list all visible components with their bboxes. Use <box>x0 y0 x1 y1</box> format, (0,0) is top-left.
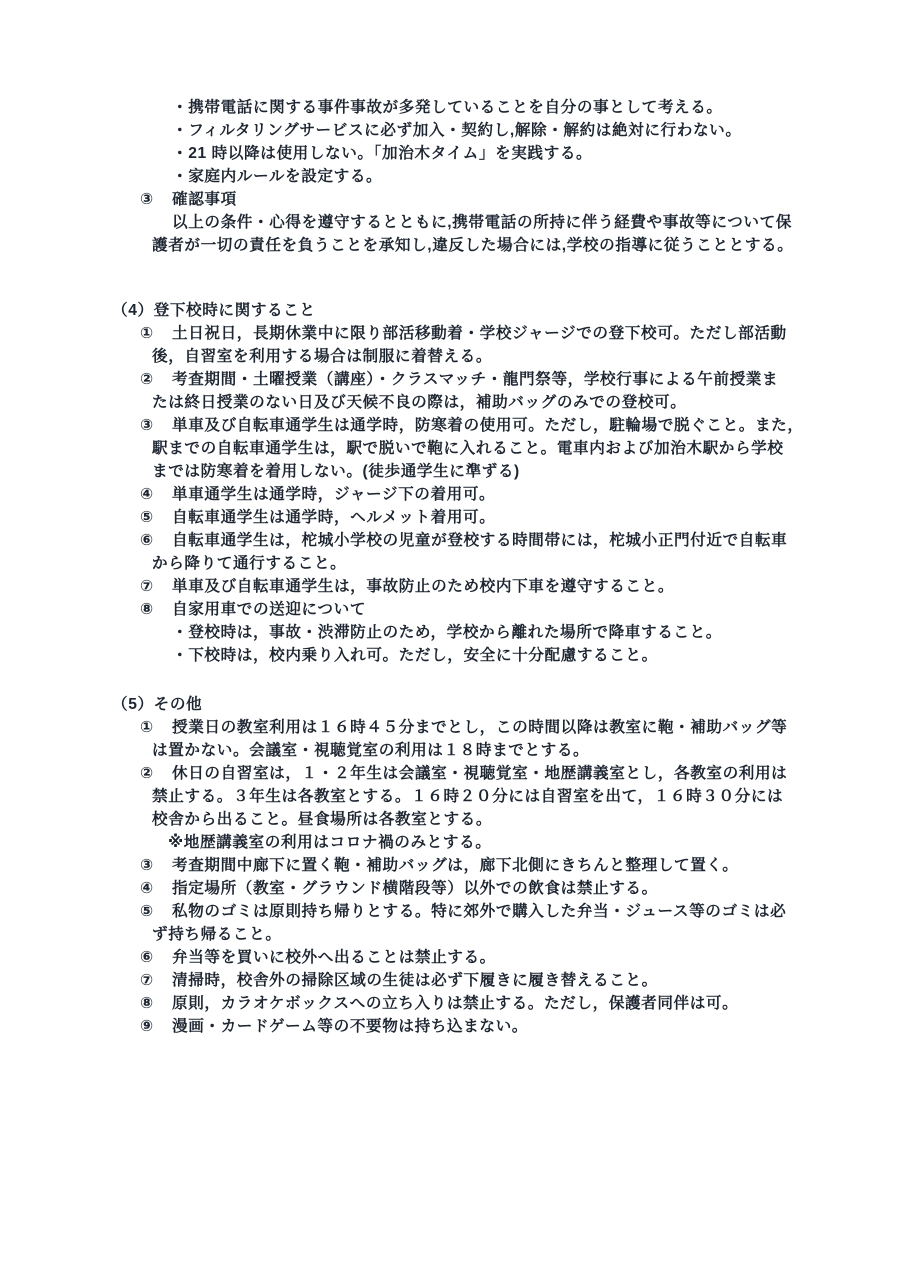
rule-bullet: ・21 時以降は使用しない。「加治木タイム」を実践する。 <box>0 142 908 165</box>
item-text: 土日祝日，長期休業中に限り部活移動着・学校ジャージでの登下校可。ただし部活動 <box>172 325 787 342</box>
item-marker: ③ <box>140 414 172 437</box>
item-marker: ⑤ <box>140 900 172 923</box>
item-continuation: ず持ち帰ること。 <box>0 923 908 946</box>
numbered-item: ①土日祝日，長期休業中に限り部活移動着・学校ジャージでの登下校可。ただし部活動 <box>0 322 908 345</box>
item-text: 単車通学生は通学時，ジャージ下の着用可。 <box>172 486 495 503</box>
item-text: 自転車通学生は，柁城小学校の児童が登校する時間帯には，柁城小正門付近で自転車 <box>172 532 787 549</box>
numbered-item: ④指定場所（教室・グラウンド横階段等）以外での飲食は禁止する。 <box>0 877 908 900</box>
item-marker: ② <box>140 368 172 391</box>
item-continuation: は置かない。会議室・視聴覚室の利用は１８時までとする。 <box>0 739 908 762</box>
numbered-item: ⑤自転車通学生は通学時，ヘルメット着用可。 <box>0 506 908 529</box>
item-text: 漫画・カードゲーム等の不要物は持ち込まない。 <box>172 1018 528 1035</box>
item-continuation: 校舎から出ること。昼食場所は各教室とする。 <box>0 808 908 831</box>
item-body-line: 以上の条件・心得を遵守するとともに,携帯電話の所持に伴う経費や事故等について保 <box>0 211 908 234</box>
item-text: 弁当等を買いに校外へ出ることは禁止する。 <box>172 949 496 966</box>
item-marker: ② <box>140 762 172 785</box>
item-text: 私物のゴミは原則持ち帰りとする。特に郊外で購入した弁当・ジュース等のゴミは必 <box>172 903 786 920</box>
item-continuation: から降りて通行すること。 <box>0 552 908 575</box>
item-text: 単車及び自転車通学生は，事故防止のため校内下車を遵守すること。 <box>172 578 674 595</box>
item-marker: ③ <box>140 854 172 877</box>
item-text: 単車及び自転車通学生は通学時，防寒着の使用可。ただし，駐輪場で脱ぐこと。また， <box>172 417 804 434</box>
item-marker: ⑧ <box>140 598 172 621</box>
item-text: 原則，カラオケボックスへの立ち入りは禁止する。ただし，保護者同伴は可。 <box>172 995 738 1012</box>
item-text: 考査期間中廊下に置く鞄・補助バッグは，廊下北側にきちんと整理して置く。 <box>172 857 738 874</box>
numbered-item: ②考査期間・土曜授業（講座）・クラスマッチ・龍門祭等，学校行事による午前授業ま <box>0 368 908 391</box>
item-marker: ⑥ <box>140 529 172 552</box>
rule-bullet: ・携帯電話に関する事件事故が多発していることを自分の事として考える。 <box>0 96 908 119</box>
item-marker: ④ <box>140 877 172 900</box>
item-marker: ① <box>140 716 172 739</box>
item-marker: ⑨ <box>140 1015 172 1038</box>
numbered-item: ③考査期間中廊下に置く鞄・補助バッグは，廊下北側にきちんと整理して置く。 <box>0 854 908 877</box>
item-marker: ① <box>140 322 172 345</box>
numbered-item: ⑦単車及び自転車通学生は，事故防止のため校内下車を遵守すること。 <box>0 575 908 598</box>
item-text: 考査期間・土曜授業（講座）・クラスマッチ・龍門祭等，学校行事による午前授業ま <box>172 371 778 388</box>
item-marker: ④ <box>140 483 172 506</box>
item-text: 指定場所（教室・グラウンド横階段等）以外での飲食は禁止する。 <box>172 880 658 897</box>
item-text: 自転車通学生は通学時，ヘルメット着用可。 <box>172 509 495 526</box>
numbered-item: ③確認事項 <box>0 188 908 211</box>
item-marker: ⑦ <box>140 969 172 992</box>
item-marker: ⑦ <box>140 575 172 598</box>
numbered-item: ⑦清掃時，校舎外の掃除区域の生徒は必ず下履きに履き替えること。 <box>0 969 908 992</box>
sub-bullet: ・登校時は，事故・渋滞防止のため，学校から離れた場所で降車すること。 <box>0 621 908 644</box>
item-title: 確認事項 <box>172 191 237 208</box>
item-continuation: 駅までの自転車通学生は，駅で脱いで鞄に入れること。電車内および加治木駅から学校 <box>0 437 908 460</box>
numbered-item: ②休日の自習室は，１・２年生は会議室・視聴覚室・地歴講義室とし，各教室の利用は <box>0 762 908 785</box>
numbered-item: ⑧原則，カラオケボックスへの立ち入りは禁止する。ただし，保護者同伴は可。 <box>0 992 908 1015</box>
item-text: 休日の自習室は，１・２年生は会議室・視聴覚室・地歴講義室とし，各教室の利用は <box>172 765 787 782</box>
numbered-item: ⑥自転車通学生は，柁城小学校の児童が登校する時間帯には，柁城小正門付近で自転車 <box>0 529 908 552</box>
note-line: ※地歴講義室の利用はコロナ禍のみとする。 <box>0 831 908 854</box>
item-marker: ⑤ <box>140 506 172 529</box>
numbered-item: ④単車通学生は通学時，ジャージ下の着用可。 <box>0 483 908 506</box>
item-text: 自家用車での送迎について <box>172 601 366 618</box>
item-continuation: 後，自習室を利用する場合は制服に着替える。 <box>0 345 908 368</box>
numbered-item: ⑨漫画・カードゲーム等の不要物は持ち込まない。 <box>0 1015 908 1038</box>
item-continuation: までは防寒着を着用しない。(徒歩通学生に準ずる) <box>0 460 908 483</box>
item-continuation: たは終日授業のない日及び天候不良の際は，補助バッグのみでの登校可。 <box>0 391 908 414</box>
sub-bullet: ・下校時は，校内乗り入れ可。ただし，安全に十分配慮すること。 <box>0 644 908 667</box>
numbered-item: ③単車及び自転車通学生は通学時，防寒着の使用可。ただし，駐輪場で脱ぐこと。また， <box>0 414 908 437</box>
section-heading: （4）登下校時に関すること <box>0 299 908 322</box>
item-continuation: 禁止する。３年生は各教室とする。１６時２０分には自習室を出て，１６時３０分には <box>0 785 908 808</box>
item-marker: ③ <box>140 188 172 211</box>
rule-bullet: ・家庭内ルールを設定する。 <box>0 165 908 188</box>
item-marker: ⑧ <box>140 992 172 1015</box>
item-text: 授業日の教室利用は１６時４５分までとし，この時間以降は教室に鞄・補助バッグ等 <box>172 719 787 736</box>
item-text: 清掃時，校舎外の掃除区域の生徒は必ず下履きに履き替えること。 <box>172 972 658 989</box>
document-page: ・携帯電話に関する事件事故が多発していることを自分の事として考える。 ・フィルタ… <box>0 0 908 1280</box>
item-body-line: 護者が一切の責任を負うことを承知し,違反した場合には,学校の指導に従うこととする… <box>0 234 908 257</box>
numbered-item: ⑧自家用車での送迎について <box>0 598 908 621</box>
numbered-item: ⑤私物のゴミは原則持ち帰りとする。特に郊外で購入した弁当・ジュース等のゴミは必 <box>0 900 908 923</box>
numbered-item: ⑥弁当等を買いに校外へ出ることは禁止する。 <box>0 946 908 969</box>
item-marker: ⑥ <box>140 946 172 969</box>
rule-bullet: ・フィルタリングサービスに必ず加入・契約し,解除・解約は絶対に行わない。 <box>0 119 908 142</box>
section-heading: （5）その他 <box>0 693 908 716</box>
numbered-item: ①授業日の教室利用は１６時４５分までとし，この時間以降は教室に鞄・補助バッグ等 <box>0 716 908 739</box>
